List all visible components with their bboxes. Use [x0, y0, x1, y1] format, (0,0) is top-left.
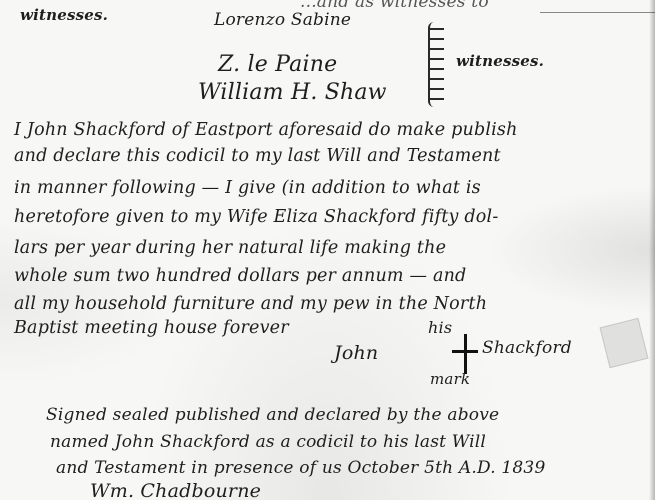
faded-stamp-mark	[600, 318, 649, 368]
codicil-line-6: whole sum two hundred dollars per annum …	[14, 266, 466, 286]
codicil-line-5: lars per year during her natural life ma…	[14, 238, 446, 258]
codicil-line-3: in manner following — I give (in additio…	[14, 178, 481, 198]
attestation-line-3: and Testament in presence of us October …	[56, 458, 545, 478]
page-edge-shadow	[649, 0, 655, 500]
witness-signature-le-paine: Z. le Paine	[218, 52, 337, 77]
codicil-line-4: heretofore given to my Wife Eliza Shackf…	[14, 207, 498, 227]
attestation-line-1: Signed sealed published and declared by …	[46, 405, 499, 425]
ruled-line	[540, 12, 655, 13]
testator-last-name: Shackford	[482, 338, 572, 358]
witness-signature-lorenzo-sabine: Lorenzo Sabine	[214, 10, 351, 30]
codicil-line-7: all my household furniture and my pew in…	[14, 294, 487, 314]
document-page: ...and as witnesses to witnesses. Lorenz…	[0, 0, 655, 500]
curly-brace-icon	[428, 22, 444, 107]
witnesses-label-left: witnesses.	[20, 6, 108, 24]
testator-first-name: John	[334, 342, 378, 364]
cross-mark-icon	[452, 334, 478, 374]
codicil-line-8: Baptist meeting house forever	[14, 318, 289, 338]
codicil-line-1: I John Shackford of Eastport aforesaid d…	[14, 120, 518, 140]
witnesses-label-right: witnesses.	[456, 52, 544, 70]
testator-mark-label: mark	[430, 370, 470, 388]
witness-signature-chadbourne: Wm. Chadbourne	[90, 480, 261, 500]
testator-mark-his: his	[428, 318, 452, 337]
attestation-line-2: named John Shackford as a codicil to his…	[50, 432, 486, 452]
codicil-line-2: and declare this codicil to my last Will…	[14, 146, 501, 166]
witness-signature-william-shaw: William H. Shaw	[198, 80, 387, 105]
